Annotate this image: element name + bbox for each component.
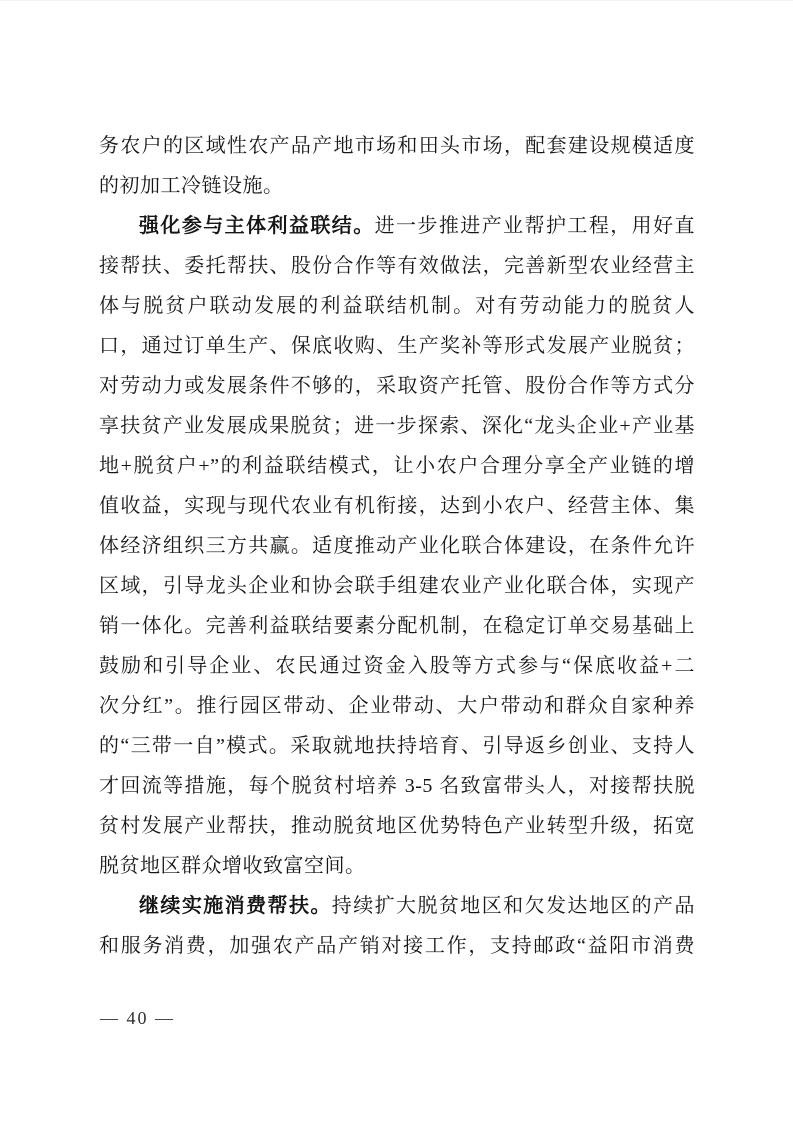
text-run: 务农户的区域性农产品产地市场和田头市场，配套建设规模适度 (99, 135, 695, 157)
text-run: 体经济组织三方共赢。适度推动产业化联合体建设，在条件允许 (99, 535, 695, 557)
text-line: 继续实施消费帮扶。持续扩大脱贫地区和欠发达地区的产品 (99, 886, 695, 926)
text-run: 对劳动力或发展条件不够的，采取资产托管、股份合作等方式分 (99, 375, 695, 397)
text-line: 体经济组织三方共赢。适度推动产业化联合体建设，在条件允许 (99, 526, 695, 566)
text-run: 鼓励和引导企业、农民通过资金入股等方式参与“保底收益+二 (99, 655, 695, 677)
text-line: 享扶贫产业发展成果脱贫；进一步探索、深化“龙头企业+产业基 (99, 406, 695, 446)
text-run: 贫村发展产业帮扶，推动脱贫地区优势特色产业转型升级，拓宽 (99, 815, 695, 837)
text-line: 才回流等措施，每个脱贫村培养 3-5 名致富带头人，对接帮扶脱 (99, 766, 695, 806)
text-run: 地+脱贫户+”的利益联结模式，让小农户合理分享全产业链的增 (99, 455, 695, 477)
text-line: 值收益，实现与现代农业有机衔接，达到小农户、经营主体、集 (99, 486, 695, 526)
text-line: 体与脱贫户联动发展的利益联结机制。对有劳动能力的脱贫人 (99, 286, 695, 326)
document-body: 务农户的区域性农产品产地市场和田头市场，配套建设规模适度的初加工冷链设施。强化参… (99, 126, 695, 966)
text-run: 次分红”。推行园区带动、企业带动、大户带动和群众自家种养 (99, 695, 695, 717)
text-run: 接帮扶、委托帮扶、股份合作等有效做法，完善新型农业经营主 (99, 255, 695, 277)
paragraph-lead: 继续实施消费帮扶。 (139, 895, 332, 917)
page-number: — 40 — (100, 1005, 175, 1031)
text-line: 次分红”。推行园区带动、企业带动、大户带动和群众自家种养 (99, 686, 695, 726)
text-run: 体与脱贫户联动发展的利益联结机制。对有劳动能力的脱贫人 (99, 295, 695, 317)
text-run: 才回流等措施，每个脱贫村培养 3-5 名致富带头人，对接帮扶脱 (99, 775, 695, 797)
text-line: 贫村发展产业帮扶，推动脱贫地区优势特色产业转型升级，拓宽 (99, 806, 695, 846)
text-run: 值收益，实现与现代农业有机衔接，达到小农户、经营主体、集 (99, 495, 695, 517)
text-run: 的初加工冷链设施。 (99, 175, 284, 197)
text-line: 脱贫地区群众增收致富空间。 (99, 846, 695, 886)
paragraph-lead: 强化参与主体利益联结。 (139, 215, 375, 237)
text-run: 销一体化。完善利益联结要素分配机制，在稳定订单交易基础上 (99, 615, 695, 637)
text-line: 地+脱贫户+”的利益联结模式，让小农户合理分享全产业链的增 (99, 446, 695, 486)
text-run: 脱贫地区群众增收致富空间。 (99, 855, 366, 877)
text-run: 和服务消费，加强农产品产销对接工作，支持邮政“益阳市消费 (99, 935, 695, 957)
text-line: 的“三带一自”模式。采取就地扶持培育、引导返乡创业、支持人 (99, 726, 695, 766)
text-line: 区域，引导龙头企业和协会联手组建农业产业化联合体，实现产 (99, 566, 695, 606)
text-line: 鼓励和引导企业、农民通过资金入股等方式参与“保底收益+二 (99, 646, 695, 686)
text-line: 和服务消费，加强农产品产销对接工作，支持邮政“益阳市消费 (99, 926, 695, 966)
text-run: 的“三带一自”模式。采取就地扶持培育、引导返乡创业、支持人 (99, 735, 695, 757)
text-line: 销一体化。完善利益联结要素分配机制，在稳定订单交易基础上 (99, 606, 695, 646)
text-line: 接帮扶、委托帮扶、股份合作等有效做法，完善新型农业经营主 (99, 246, 695, 286)
document-page: 务农户的区域性农产品产地市场和田头市场，配套建设规模适度的初加工冷链设施。强化参… (0, 0, 793, 1123)
text-run: 口，通过订单生产、保底收购、生产奖补等形式发展产业脱贫； (99, 335, 695, 357)
text-line: 务农户的区域性农产品产地市场和田头市场，配套建设规模适度 (99, 126, 695, 166)
text-line: 强化参与主体利益联结。进一步推进产业帮护工程，用好直 (99, 206, 695, 246)
text-line: 对劳动力或发展条件不够的，采取资产托管、股份合作等方式分 (99, 366, 695, 406)
text-line: 口，通过订单生产、保底收购、生产奖补等形式发展产业脱贫； (99, 326, 695, 366)
text-run: 区域，引导龙头企业和协会联手组建农业产业化联合体，实现产 (99, 575, 695, 597)
text-line: 的初加工冷链设施。 (99, 166, 695, 206)
text-run: 进一步推进产业帮护工程，用好直 (375, 215, 695, 237)
text-run: 持续扩大脱贫地区和欠发达地区的产品 (332, 895, 695, 917)
text-run: 享扶贫产业发展成果脱贫；进一步探索、深化“龙头企业+产业基 (99, 415, 695, 437)
